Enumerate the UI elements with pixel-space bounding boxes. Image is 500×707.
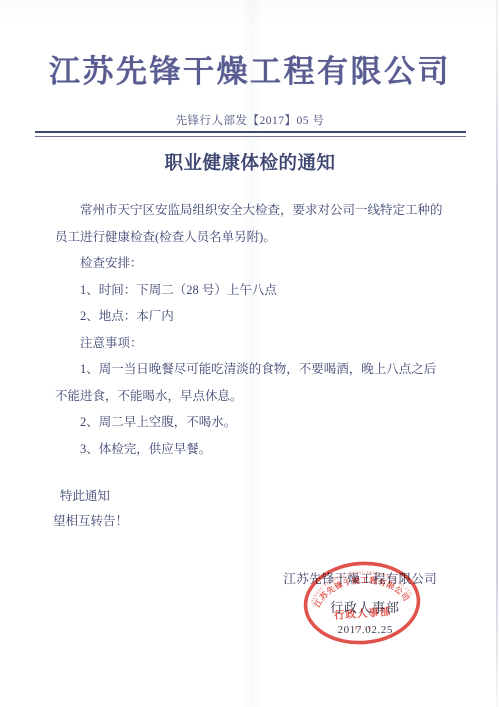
closing-notice-line: 特此通知 — [53, 484, 441, 509]
notice-paragraph-time: 1、时间：下周二（28 号）上午八点 — [55, 277, 443, 304]
stamp-code: 0110 — [354, 626, 373, 633]
notice-paragraph-rule3: 3、体检完，供应早餐。 — [55, 436, 443, 463]
company-seal-stamp: JIANGSU XIANFENG DRYING ENGINEERING CO.,… — [299, 557, 425, 649]
notice-paragraph-rule1: 1、周一当日晚餐尽可能吃清淡的食物，不要喝酒，晚上八点之后不能进食，不能喝水，早… — [55, 356, 443, 409]
company-title: 江苏先锋干燥工程有限公司 — [0, 46, 500, 91]
notice-paragraph-rule2: 2、周二早上空腹，不喝水。 — [55, 409, 443, 436]
notice-paragraph-attention: 注意事项： — [55, 330, 443, 357]
notice-paragraph-arrangement: 检查安排： — [55, 250, 443, 277]
stamp-ring-text-cn: 江苏先锋干燥工程有限公司 — [310, 571, 412, 609]
svg-text:江苏先锋干燥工程有限公司: 江苏先锋干燥工程有限公司 — [310, 571, 412, 609]
notice-paragraph-place: 2、地点：本厂内 — [55, 303, 443, 330]
header-divider-line — [35, 131, 466, 137]
scanned-notice-page: 江苏先锋干燥工程有限公司 先锋行人部发【2017】05 号 职业健康体检的通知 … — [0, 0, 500, 707]
notice-title: 职业健康体检的通知 — [0, 149, 500, 175]
scan-edge-artifact — [496, 0, 498, 707]
closing-forward-line: 望相互转告！ — [53, 509, 441, 534]
notice-paragraph-intro: 常州市天宁区安监局组织安全大检查，要求对公司一线特定工种的员工进行健康检查(检查… — [55, 197, 443, 250]
document-number: 先锋行人部发【2017】05 号 — [0, 112, 500, 128]
notice-body: 常州市天宁区安监局组织安全大检查，要求对公司一线特定工种的员工进行健康检查(检查… — [55, 197, 443, 462]
closing-block: 特此通知 望相互转告！ — [53, 484, 441, 534]
svg-text:0110: 0110 — [354, 626, 373, 633]
stamp-center-text: 行政人事部 — [334, 605, 392, 622]
